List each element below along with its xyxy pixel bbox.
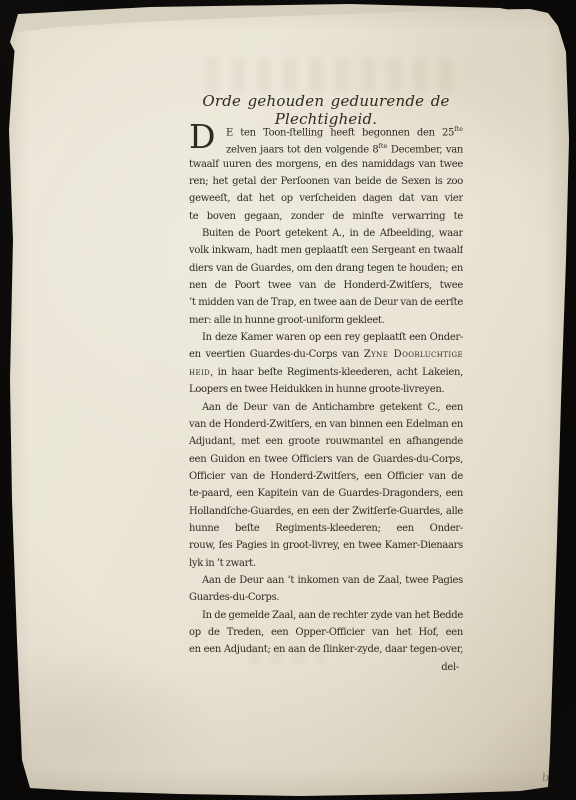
text-line: Loopers en twee Heidukken in hunne groot… [189, 381, 463, 398]
text-line: zelven jaars tot den volgende 8ſte Decem… [189, 138, 463, 155]
ordinal-superscript: ſte [454, 125, 463, 133]
show-through-smudge [205, 58, 455, 92]
text-line: en veertien Guardes-du-Corps van Zyne Do… [189, 346, 463, 363]
text-line: geweeſt, dat het op verſcheiden dagen da… [189, 190, 463, 207]
text-line: lyk in ’t zwart. [189, 555, 463, 572]
text-line: Hollandſche-Guardes, en een der Zwitſerſ… [189, 503, 463, 520]
text-line: nen de Poort twee van de Honderd-Zwitſer… [189, 277, 463, 294]
text-line: Aan de Deur aan ’t inkomen van de Zaal, … [189, 572, 463, 589]
small-caps-text: heid [189, 367, 210, 378]
text-line: Officier van de Honderd-Zwitſers, een Of… [189, 468, 463, 485]
line-text: zelven jaars tot den volgende 8 [226, 145, 378, 156]
text-line: In de gemelde Zaal, aan de rechter zyde … [189, 607, 463, 624]
text-line: Aan de Deur van de Antichambre getekent … [189, 399, 463, 416]
text-line: heid, in haar beſte Regiments-kleederen,… [189, 364, 463, 381]
text-line: twaalf uuren des morgens, en des namidda… [189, 156, 463, 173]
text-line: van de Honderd-Zwitſers, en van binnen e… [189, 416, 463, 433]
line-text: , in haar beſte Regiments-kleederen, ach… [189, 367, 463, 381]
text-line: op de Treden, een Opper-Officier van het… [189, 624, 463, 641]
text-line: diers van de Guardes, om den drang tegen… [189, 260, 463, 277]
ordinal-superscript: ſte [378, 142, 387, 150]
handwritten-mark: b [541, 771, 549, 785]
document-page: Orde gehouden geduurende de Plechtigheid… [0, 0, 576, 800]
text-line: ’t midden van de Trap, en twee aan de De… [189, 294, 463, 311]
text-line: volk inkwam, hadt men geplaatſt een Serg… [189, 242, 463, 259]
text-line: Buiten de Poort getekent A., in de Afbee… [189, 225, 463, 242]
body-text: D E ten Toon-ſtelling heeft begonnen den… [189, 121, 463, 676]
text-line: E ten Toon-ſtelling heeft begonnen den 2… [189, 121, 463, 138]
catchword: del- [189, 659, 463, 676]
photo-background: Orde gehouden geduurende de Plechtigheid… [0, 0, 576, 800]
text-line: en een Adjudant; en aan de ſlinker-zyde,… [189, 641, 463, 658]
text-line: te-paard, een Kapitein van de Guardes-Dr… [189, 485, 463, 502]
line-text: en veertien Guardes-du-Corps van [189, 349, 364, 360]
text-line: mer: alle in hunne groot-uniform gekleet… [189, 312, 463, 329]
text-line: In deze Kamer waren op een rey geplaatſt… [189, 329, 463, 346]
text-line: ren; het getal der Perſoonen van beide d… [189, 173, 463, 190]
text-line: rouw, ſes Pagies in groot-livrey, en twe… [189, 537, 463, 554]
text-line: een Guidon en twee Officiers van de Guar… [189, 451, 463, 468]
line-text: E ten Toon-ſtelling heeft begonnen den 2… [226, 127, 454, 138]
text-line: Adjudant, met een groote rouwmantel en a… [189, 433, 463, 450]
text-line: te boven gegaan, zonder de minſte verwar… [189, 208, 463, 225]
text-line: Guardes-du-Corps. [189, 589, 463, 606]
drop-cap: D [189, 122, 215, 152]
text-line: hunne beſte Regiments-kleederen; een Ond… [189, 520, 463, 537]
